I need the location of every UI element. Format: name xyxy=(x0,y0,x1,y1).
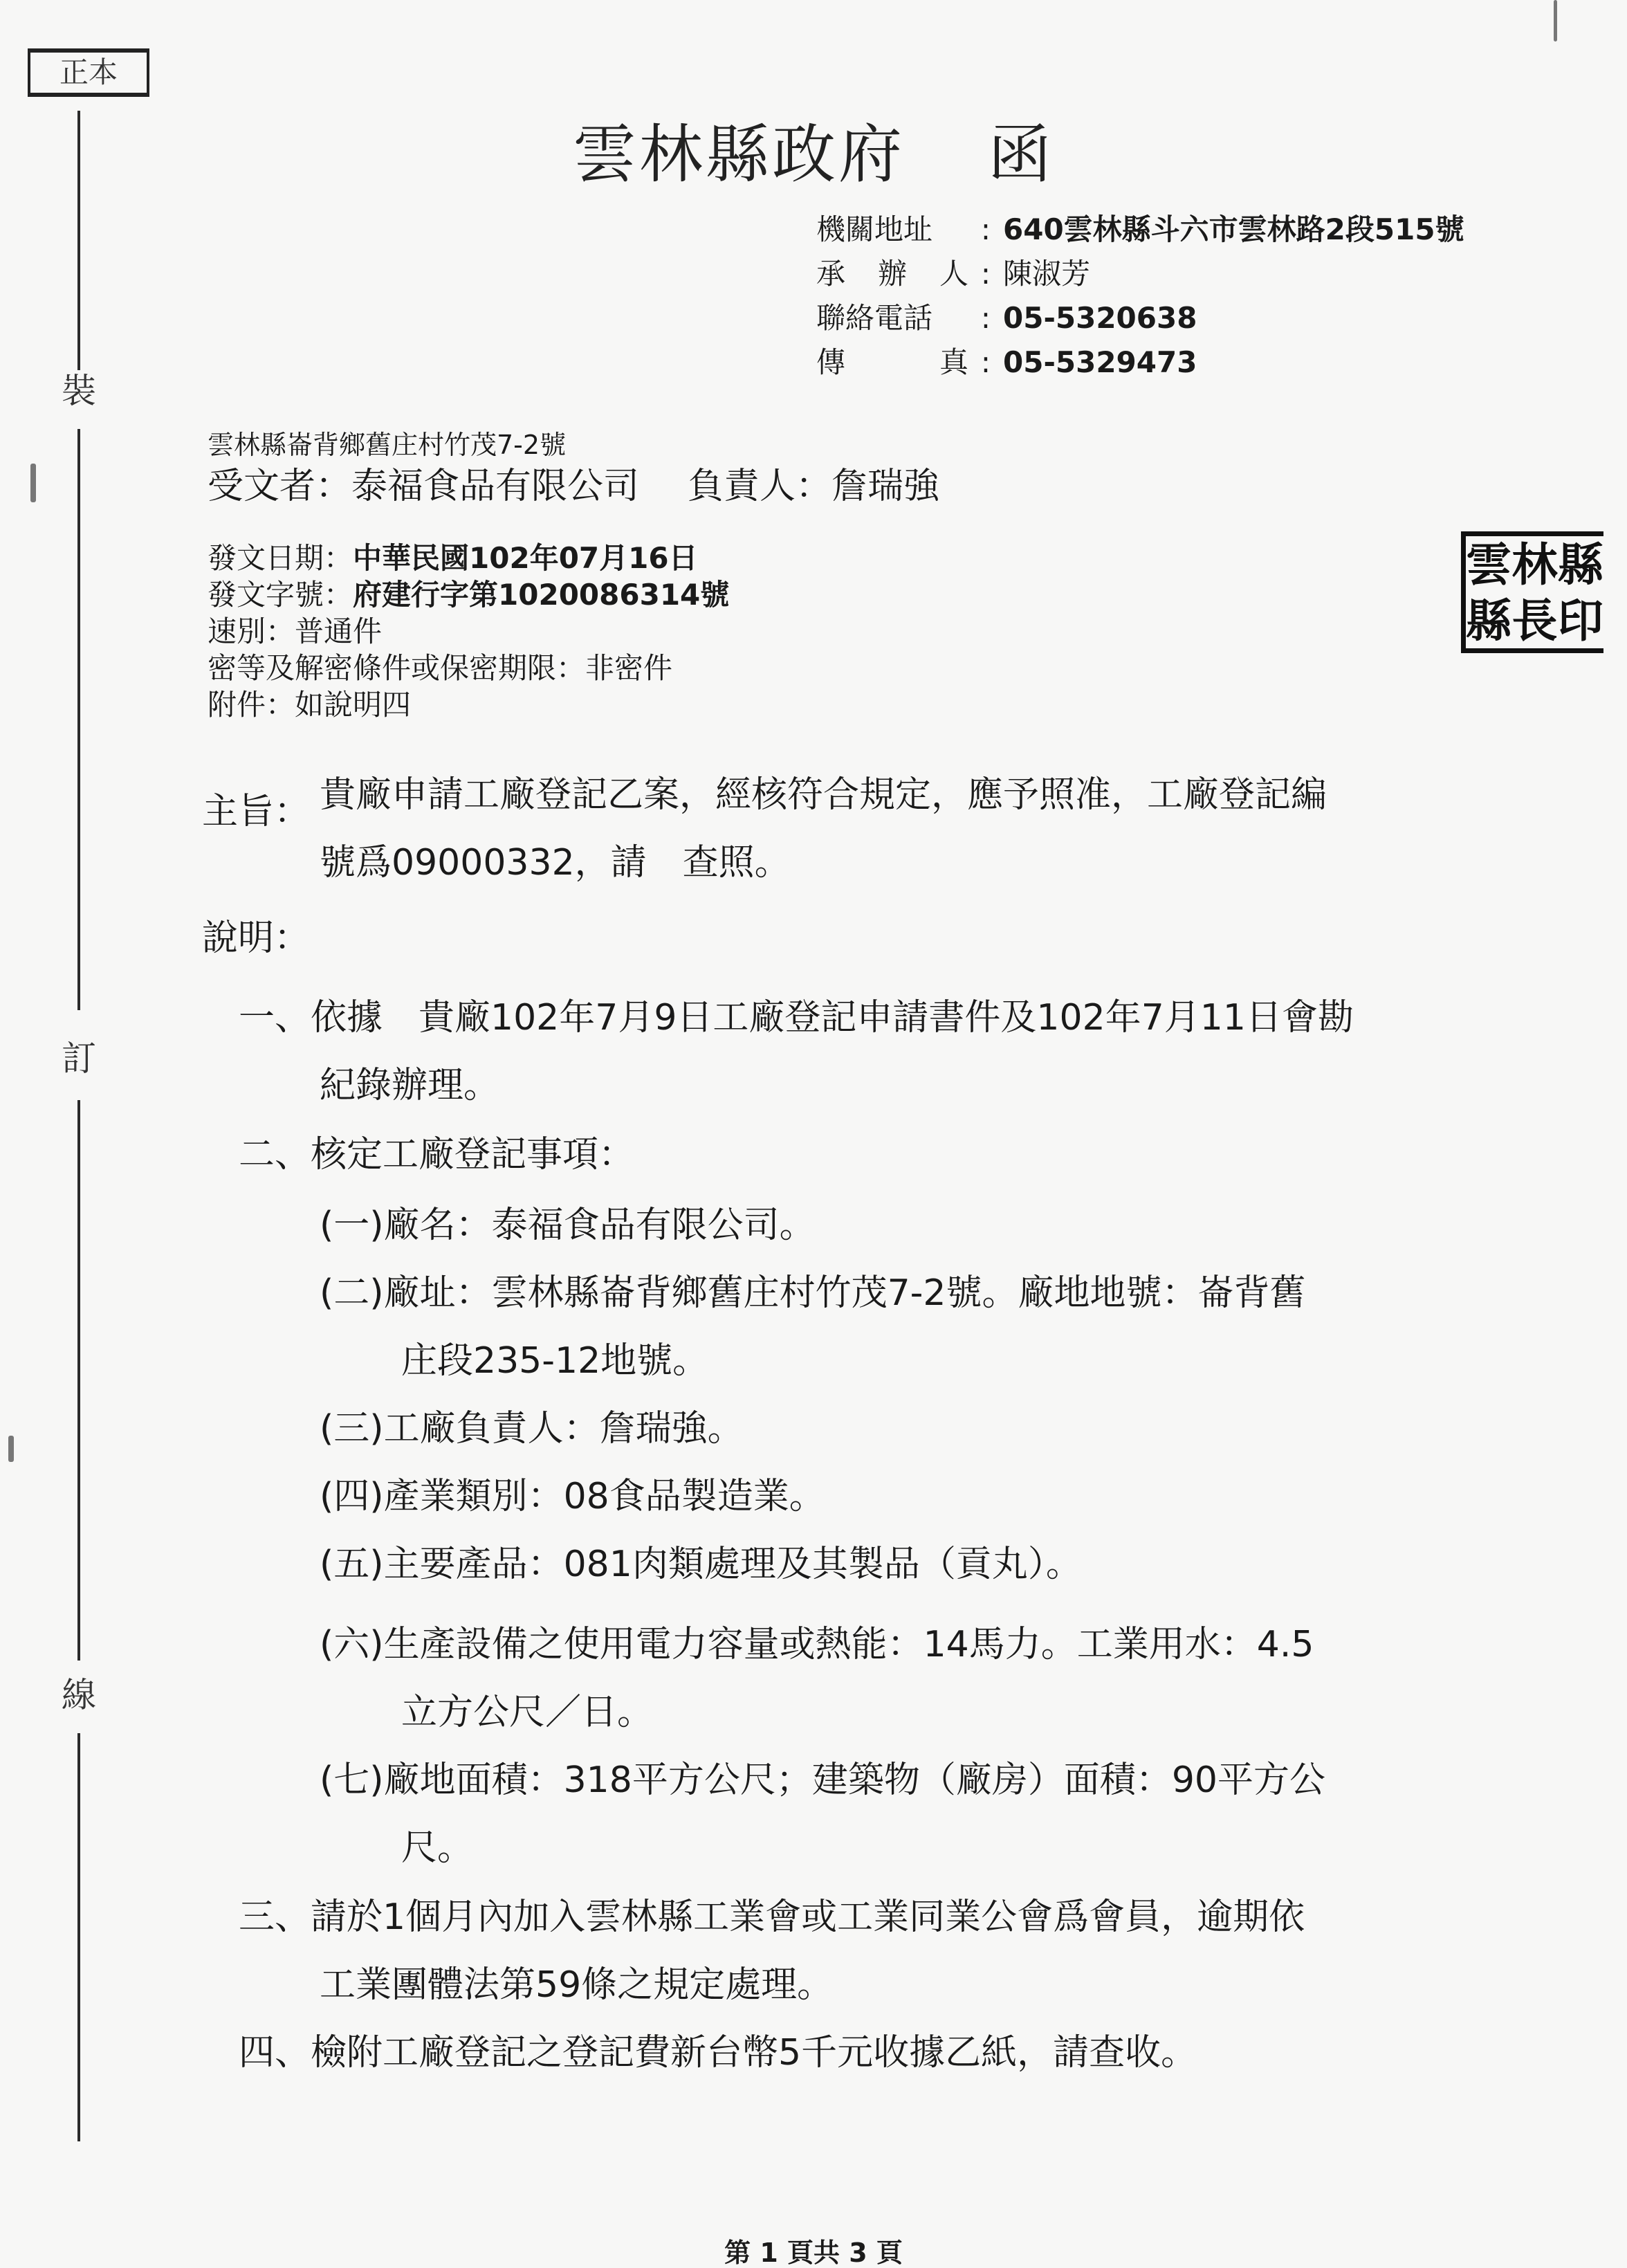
responsible-label: 負責人 xyxy=(688,466,796,507)
binding-mark-zhuang: 裝 xyxy=(57,370,101,412)
explanation-label: 說明： xyxy=(202,903,310,973)
registration-item-6-cont: 立方公尺／日。 xyxy=(401,1677,653,1748)
info-label: 傳真 xyxy=(816,340,968,385)
registration-item-2-cont: 庄段235-12地號。 xyxy=(401,1326,708,1396)
seal-char: 縣 xyxy=(1466,598,1511,643)
seal-char: 長 xyxy=(1511,598,1557,643)
seal-char: 縣 xyxy=(1558,542,1603,587)
explanation-item-1: 一、依據 貴廠102年7月9日工廠登記申請書件及102年7月11日會勘 xyxy=(239,982,1354,1053)
registration-item-5: (五)主要產品：081肉類處理及其製品（貢丸）。 xyxy=(320,1529,1082,1600)
punch-hole-mark xyxy=(30,464,36,502)
agency-name: 雲林縣政府 xyxy=(573,118,905,192)
urgency: 速別：普通件 xyxy=(208,613,729,650)
phone-number: 05-5320638 xyxy=(1003,296,1197,340)
responsible-person: 詹瑞強 xyxy=(831,466,939,507)
registration-item-3: (三)工廠負責人：詹瑞強。 xyxy=(320,1393,744,1464)
binding-mark-ding: 訂 xyxy=(57,1038,101,1079)
seal-char: 雲 xyxy=(1466,542,1511,587)
recipient-line: 受文者：泰福食品有限公司負責人：詹瑞強 xyxy=(208,457,939,509)
registration-item-6: (六)生產設備之使用電力容量或熱能：14馬力。工業用水：4.5 xyxy=(320,1609,1314,1680)
seal-char: 林 xyxy=(1511,542,1557,587)
info-label: 機關地址 xyxy=(816,208,968,252)
official-seal: 雲 林 縣 縣 長 印 xyxy=(1461,531,1603,653)
subject-text: 號爲09000332，請 查照。 xyxy=(320,827,791,898)
contact-person-row: 承辦人 : 陳淑芳 xyxy=(816,252,1464,296)
explanation-item-3: 三、請於1個月內加入雲林縣工業會或工業同業公會爲會員，逾期依 xyxy=(239,1882,1305,1953)
page-number: 第 1 頁共 3 頁 xyxy=(0,2231,1627,2268)
registration-item-1: (一)廠名：泰福食品有限公司。 xyxy=(320,1190,816,1261)
binding-line xyxy=(77,429,80,1010)
recipient-name: 泰福食品有限公司 xyxy=(351,466,639,507)
phone-row: 聯絡電話 : 05-5320638 xyxy=(816,296,1464,340)
registration-item-7: (七)廠地面積：318平方公尺；建築物（廠房）面積：90平方公 xyxy=(320,1745,1325,1816)
contact-person: 陳淑芳 xyxy=(1003,252,1090,296)
confidentiality: 密等及解密條件或保密期限：非密件 xyxy=(208,650,729,686)
info-label: 聯絡電話 xyxy=(816,296,968,340)
punch-hole-mark xyxy=(8,1436,14,1462)
document-number: 發文字號：府建行字第1020086314號 xyxy=(208,576,729,613)
binding-mark-xian: 線 xyxy=(57,1674,101,1716)
recipient-address: 雲林縣崙背鄉舊庄村竹茂7-2號 xyxy=(208,423,566,461)
fax-number: 05-5329473 xyxy=(1003,340,1197,385)
scan-mark xyxy=(1554,0,1557,42)
copy-mark: 正本 xyxy=(59,55,118,89)
document-type: 函 xyxy=(988,118,1054,192)
subject-text: 貴廠申請工廠登記乙案，經核符合規定，應予照准，工廠登記編 xyxy=(320,760,1327,830)
binding-line xyxy=(77,1733,80,2141)
issue-date: 發文日期：中華民國102年07月16日 xyxy=(208,540,729,576)
registration-item-4: (四)產業類別：08食品製造業。 xyxy=(320,1461,825,1532)
explanation-item-3-cont: 工業團體法第59條之規定處理。 xyxy=(320,1950,833,2020)
copy-mark-box: 正本 xyxy=(28,48,149,97)
explanation-item-2: 二、核定工廠登記事項： xyxy=(239,1119,634,1190)
info-label: 承辦人 xyxy=(816,252,968,296)
explanation-item-4: 四、檢附工廠登記之登記費新台幣5千元收據乙紙，請查收。 xyxy=(239,2018,1197,2088)
document-meta: 發文日期：中華民國102年07月16日 發文字號：府建行字第1020086314… xyxy=(208,540,729,723)
explanation-item-1-cont: 紀錄辦理。 xyxy=(320,1050,499,1121)
document-title: 雲林縣政府函 xyxy=(0,104,1627,195)
binding-line xyxy=(77,1100,80,1661)
sender-address: 640雲林縣斗六市雲林路2段515號 xyxy=(1003,208,1464,252)
fax-row: 傳真 : 05-5329473 xyxy=(816,340,1464,385)
sender-info: 機關地址 : 640雲林縣斗六市雲林路2段515號 承辦人 : 陳淑芳 聯絡電話… xyxy=(816,208,1464,385)
registration-item-7-cont: 尺。 xyxy=(401,1813,473,1883)
seal-char: 印 xyxy=(1558,598,1603,643)
registration-item-2: (二)廠址：雲林縣崙背鄉舊庄村竹茂7-2號。廠地地號：崙背舊 xyxy=(320,1258,1306,1328)
recipient-label: 受文者 xyxy=(208,466,315,507)
attachment: 附件：如說明四 xyxy=(208,686,729,723)
sender-address-row: 機關地址 : 640雲林縣斗六市雲林路2段515號 xyxy=(816,208,1464,252)
subject-label: 主旨： xyxy=(202,776,310,847)
